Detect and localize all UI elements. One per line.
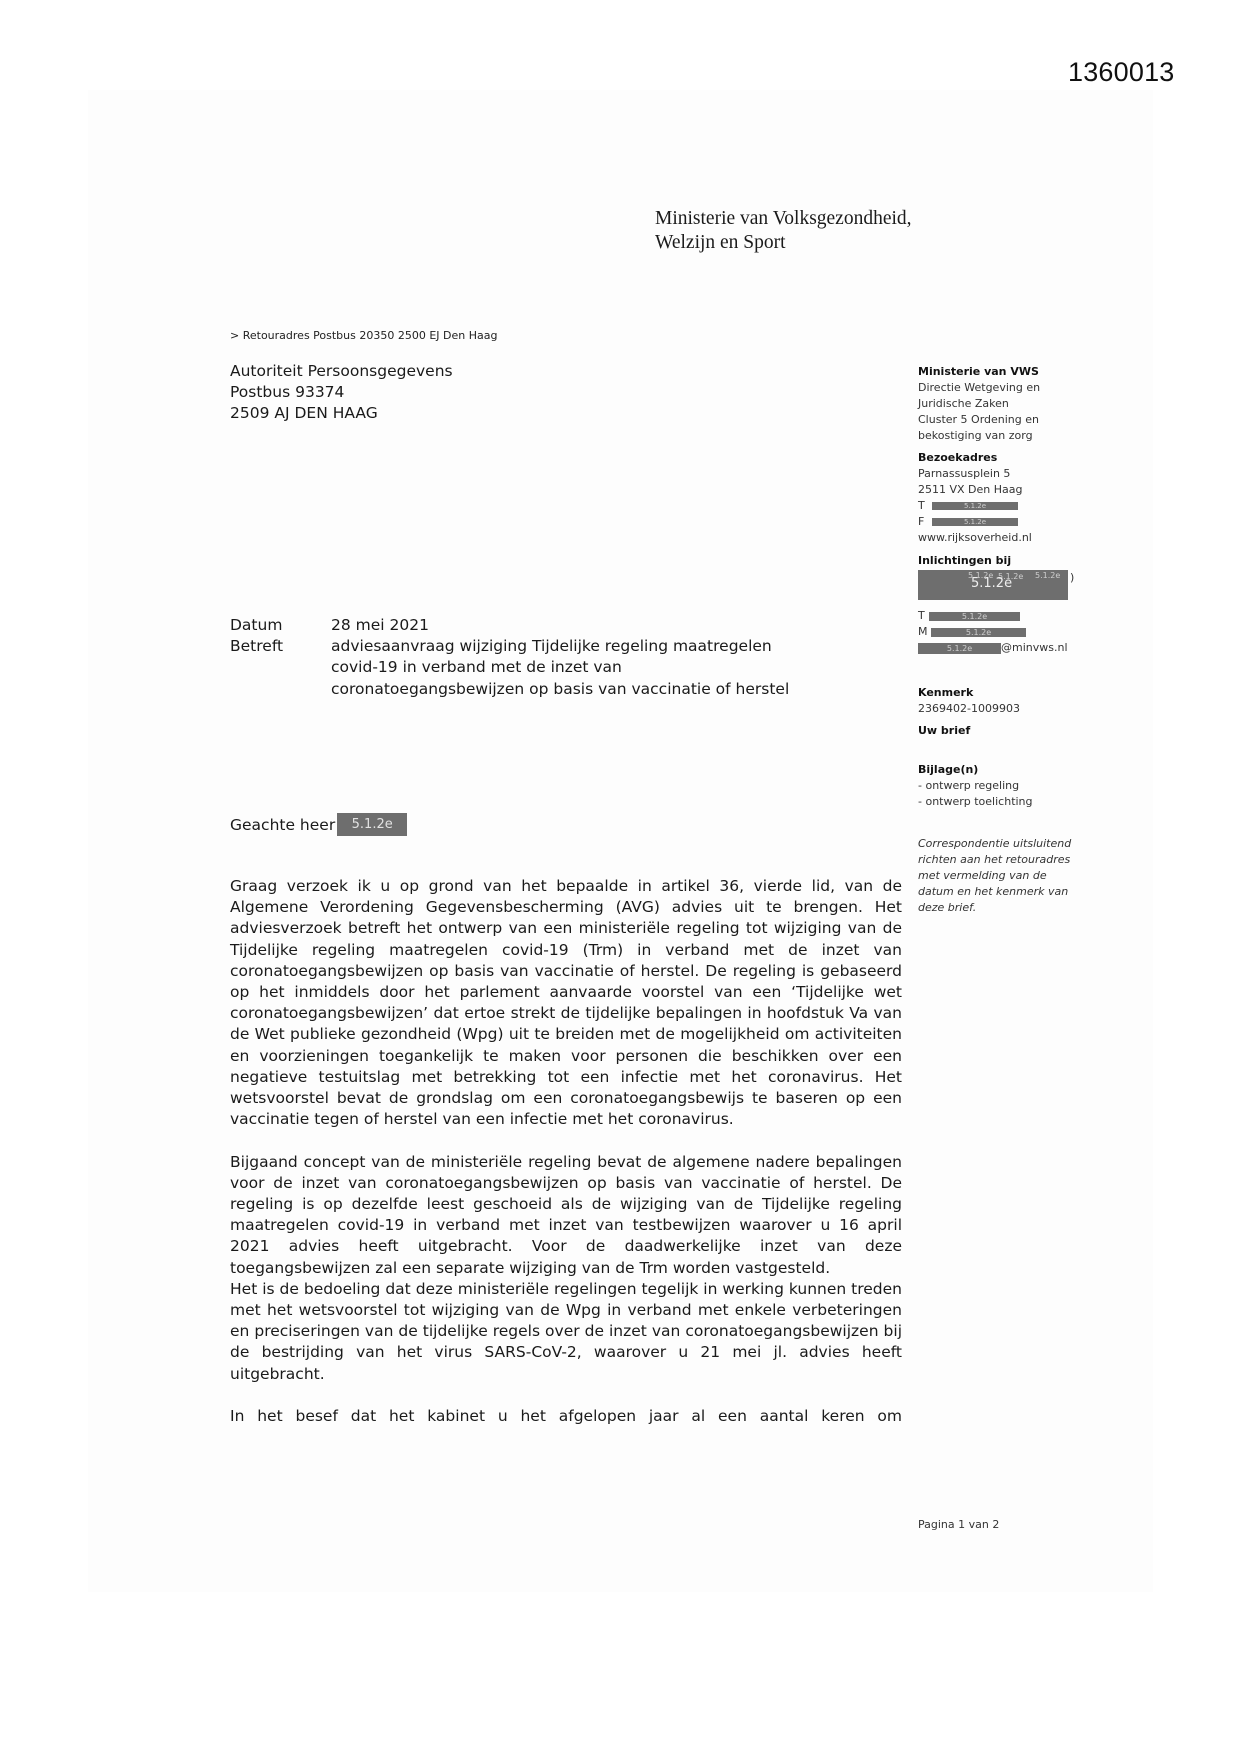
recipient-postbus: Postbus 93374 <box>230 382 453 403</box>
ministry-letterhead: Ministerie van Volksgezondheid, Welzijn … <box>655 207 912 255</box>
visit-line: 2511 VX Den Haag <box>918 482 1078 498</box>
bijlage-item: - ontwerp regeling <box>918 778 1078 794</box>
fax-row: F 5.1.2e <box>918 514 1078 530</box>
subject-value: adviesaanvraag wijziging Tijdelijke rege… <box>331 636 791 700</box>
phone-label: T <box>918 608 929 624</box>
sender-heading: Ministerie van VWS <box>918 364 1078 380</box>
redaction-box: 5.1.2e <box>929 612 1020 621</box>
body-paragraph: Graag verzoek ik u op grond van het bepa… <box>230 876 902 1130</box>
date-value: 28 mei 2021 <box>331 615 801 636</box>
kenmerk-heading: Kenmerk <box>918 685 1078 701</box>
contact-email-row: 5.1.2e @minvws.nl <box>918 640 1078 656</box>
sidebar-sender: Ministerie van VWS Directie Wetgeving en… <box>918 364 1078 546</box>
mobile-label: M <box>918 624 931 640</box>
return-address: > Retouradres Postbus 20350 2500 EJ Den … <box>230 329 497 342</box>
salutation: Geachte heer 5.1.2e <box>230 813 407 836</box>
bijlagen-heading: Bijlage(n) <box>918 762 1078 778</box>
email-suffix: @minvws.nl <box>1001 640 1068 656</box>
redaction-code: 5.1.2e <box>1035 571 1060 581</box>
redaction-box: 5.1.2e <box>931 628 1026 637</box>
recipient-name: Autoriteit Persoonsgegevens <box>230 361 453 382</box>
page-number: Pagina 1 van 2 <box>918 1518 999 1531</box>
date-row: Datum 28 mei 2021 <box>230 615 801 636</box>
letter-body: Graag verzoek ik u op grond van het bepa… <box>230 876 902 1427</box>
sender-line: Juridische Zaken <box>918 396 1078 412</box>
redaction-box: 5.1.2e <box>337 813 407 836</box>
visit-line: Parnassusplein 5 <box>918 466 1078 482</box>
uw-brief-heading: Uw brief <box>918 723 1078 739</box>
redaction-box: 5.1.2e <box>932 502 1018 510</box>
body-paragraph: In het besef dat het kabinet u het afgel… <box>230 1406 902 1427</box>
closing-paren: ) <box>1070 570 1074 586</box>
sender-line: bekostiging van zorg <box>918 428 1078 444</box>
sender-line: Directie Wetgeving en <box>918 380 1078 396</box>
visit-address-heading: Bezoekadres <box>918 450 1078 466</box>
info-heading: Inlichtingen bij <box>918 553 1078 569</box>
phone-row: T 5.1.2e <box>918 498 1078 514</box>
letterhead-line-1: Ministerie van Volksgezondheid, <box>655 207 912 231</box>
website-link: www.rijksoverheid.nl <box>918 530 1078 546</box>
subject-label: Betreft <box>230 636 331 700</box>
sender-line: Cluster 5 Ordening en <box>918 412 1078 428</box>
letterhead-line-2: Welzijn en Sport <box>655 231 912 255</box>
body-paragraph: Bijgaand concept van de ministeriële reg… <box>230 1152 902 1279</box>
phone-label: T <box>918 498 932 514</box>
recipient-city: 2509 AJ DEN HAAG <box>230 403 453 424</box>
document-number: 1360013 <box>1068 57 1175 88</box>
bijlage-item: - ontwerp toelichting <box>918 794 1078 810</box>
sidebar-reference: Kenmerk 2369402-1009903 Uw brief Bijlage… <box>918 685 1078 810</box>
contact-mobile-row: M 5.1.2e <box>918 624 1078 640</box>
redaction-code: 5.1.2e <box>971 579 1012 589</box>
redaction-box: 5.1.2e <box>918 643 1001 654</box>
redaction-box: 5.1.2e 5.1.2e 5.1.2e 5.1.2e <box>918 570 1068 600</box>
sidebar-contact: Inlichtingen bij 5.1.2e 5.1.2e 5.1.2e 5.… <box>918 553 1078 656</box>
redaction-box: 5.1.2e <box>932 518 1018 526</box>
body-paragraph: Het is de bedoeling dat deze ministeriël… <box>230 1279 902 1385</box>
kenmerk-value: 2369402-1009903 <box>918 701 1078 717</box>
subject-row: Betreft adviesaanvraag wijziging Tijdeli… <box>230 636 801 700</box>
contact-phone-row: T 5.1.2e <box>918 608 1078 624</box>
correspondence-note: Correspondentie uitsluitend richten aan … <box>918 836 1076 916</box>
salutation-text: Geachte heer <box>230 816 335 834</box>
recipient-address: Autoriteit Persoonsgegevens Postbus 9337… <box>230 361 453 424</box>
fax-label: F <box>918 514 932 530</box>
date-label: Datum <box>230 615 331 636</box>
contact-name-row: 5.1.2e 5.1.2e 5.1.2e 5.1.2e ) <box>918 570 1078 600</box>
letter-meta: Datum 28 mei 2021 Betreft adviesaanvraag… <box>230 615 801 700</box>
